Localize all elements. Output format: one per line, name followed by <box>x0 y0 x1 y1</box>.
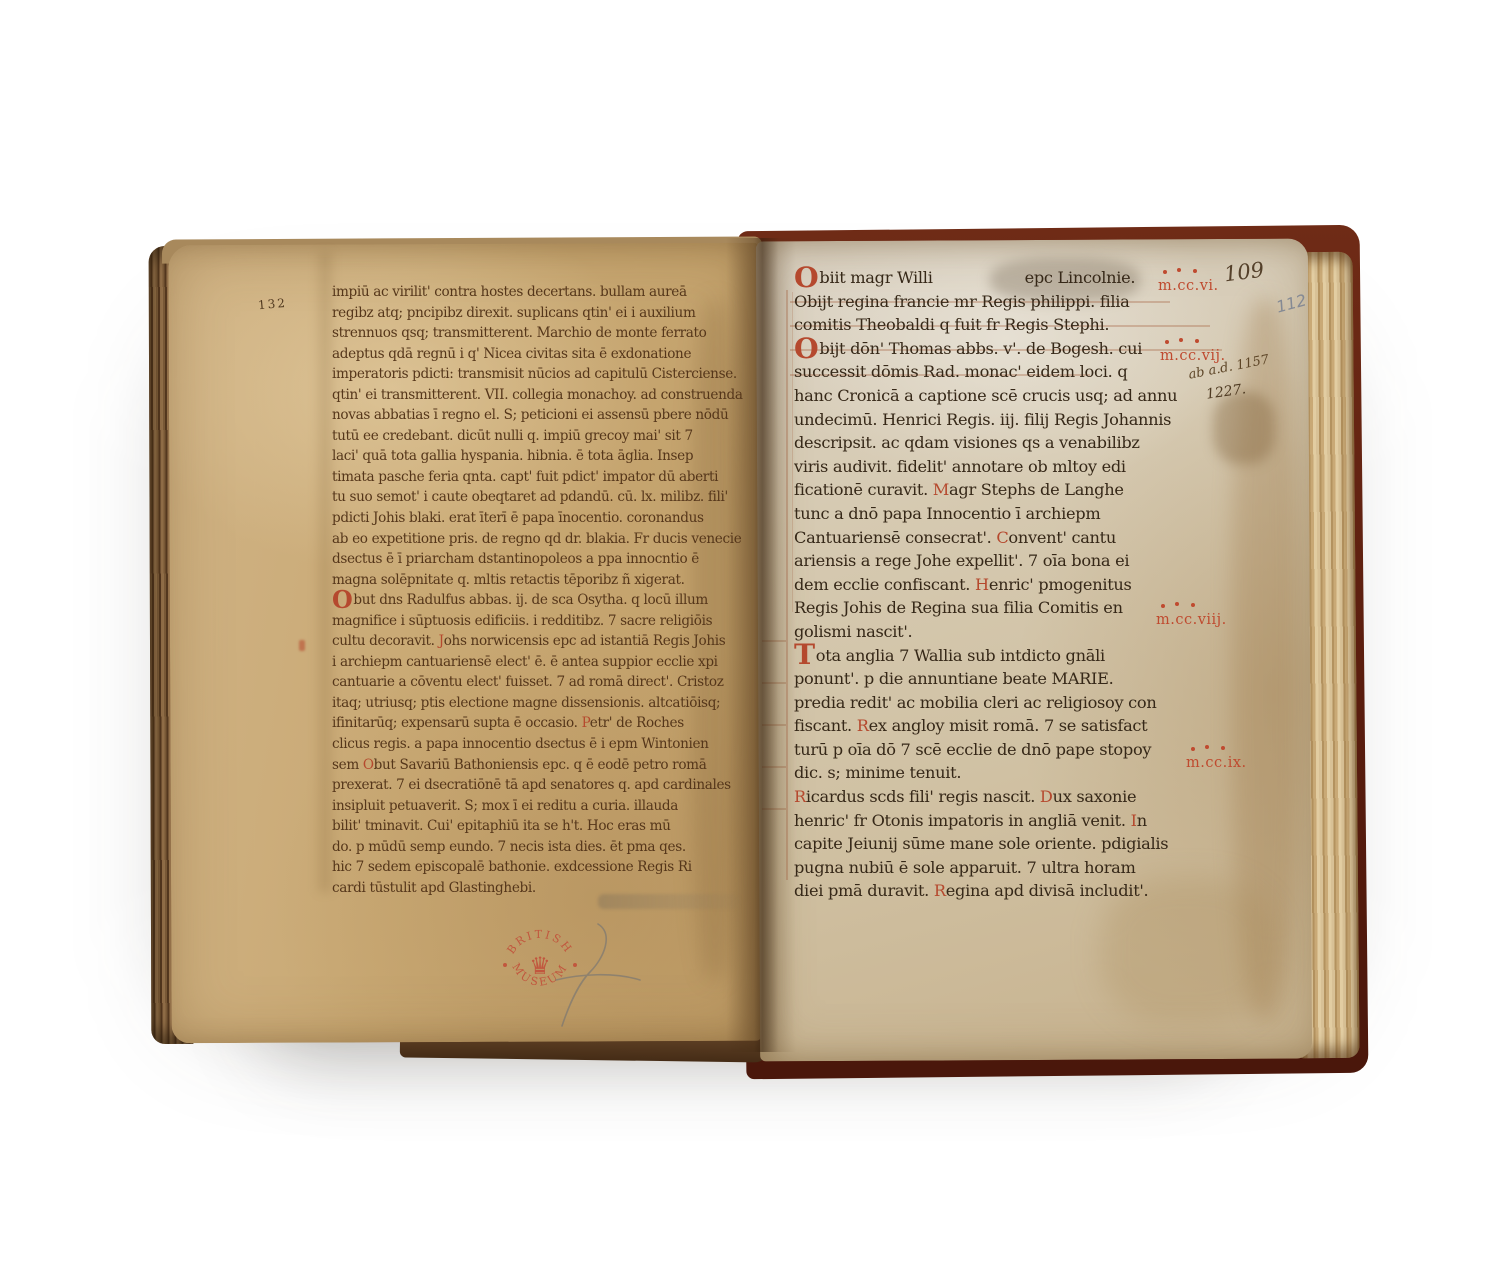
ink-text: ohs norwicensis epc ad istantiā Regis Jo… <box>444 633 726 649</box>
ink-text: egina apd divisā includit'. <box>946 881 1149 900</box>
ink-text: tunc a dnō papa Innocentio ī archiepm <box>794 504 1100 523</box>
ink-text: biit magr Willi <box>819 268 932 287</box>
ink-text: successit dōmis Rad. monac' eidem loci. … <box>794 362 1127 381</box>
ink-text: but Savariū Bathoniensis epc. q ē eodē p… <box>374 757 707 773</box>
manuscript-line: tu suo semot' i caute obeqtaret ad pdand… <box>332 487 768 508</box>
margin-date-text: m.cc.viij. <box>1156 612 1227 628</box>
erased-text-smudge <box>598 894 740 909</box>
ink-text: ota anglia 7 Wallia sub intdicto gnāli <box>816 646 1105 665</box>
rubric-text: C <box>996 528 1008 547</box>
manuscript-line: hic 7 sedem episcopalē bathonie. exdcess… <box>332 857 768 878</box>
ink-text: ficationē curavit. <box>794 480 933 499</box>
left-page-text-block: impiū ac virilit' contra hostes decertan… <box>332 282 768 898</box>
ink-text: but dns Radulfus abbas. ij. de sca Osyth… <box>353 592 708 608</box>
manuscript-line: ficationē curavit. Magr Stephs de Langhe <box>794 478 1272 502</box>
manuscript-line: dsectus ē ī priarcham dstantinopoleos a … <box>332 549 768 570</box>
margin-date-text: m.cc.vi. <box>1158 278 1219 294</box>
photo-of-open-manuscript: impiū ac virilit' contra hostes decertan… <box>0 0 1500 1276</box>
manuscript-line: qtin' ei transmitterent. VII. collegia m… <box>332 385 768 406</box>
manuscript-line: fiscant. Rex angloy misit romā. 7 se sat… <box>794 714 1272 738</box>
rubric-text: P <box>582 715 590 731</box>
rubric-text: H <box>975 575 989 594</box>
ink-text: pugna nubiū ē sole apparuit. 7 ultra hor… <box>794 858 1136 877</box>
ink-text: dic. s; minime tenuit. <box>794 763 961 782</box>
manuscript-line: sem Obut Savariū Bathoniensis epc. q ē e… <box>332 755 768 776</box>
rubric-ring-flourish <box>1191 747 1195 751</box>
manuscript-line: clicus regis. a papa innocentio dsectus … <box>332 734 768 755</box>
manuscript-line: prexerat. 7 ei dsecratiōnē tā apd senato… <box>332 775 768 796</box>
ink-text: insipluit petuaverit. S; mox ī ei reditu… <box>332 798 678 814</box>
ink-text: sem <box>332 757 363 773</box>
margin-date-mcc-ix: m.cc.ix. <box>1186 755 1247 771</box>
ink-text: tu suo semot' i caute obeqtaret ad pdand… <box>332 489 728 505</box>
manuscript-line: Ricardus scds fili' regis nascit. Dux sa… <box>794 785 1272 809</box>
manuscript-line: henric' fr Otonis impatoris in angliā ve… <box>794 809 1272 833</box>
ink-text: qtin' ei transmitterent. VII. collegia m… <box>332 387 743 403</box>
manuscript-line: insipluit petuaverit. S; mox ī ei reditu… <box>332 796 768 817</box>
manuscript-line: novas abbatias ī regno el. S; peticioni … <box>332 405 768 426</box>
ink-text: strennuos qsq; transmitterent. Marchio d… <box>332 325 706 341</box>
ink-text: ab eo expetitione pris. de regno qd dr. … <box>332 531 741 547</box>
manuscript-line: i archiepm cantuariensē elect' ē. ē ante… <box>332 652 768 673</box>
ink-text: bilit' tminavit. Cui' epitaphiū ita se h… <box>332 818 671 834</box>
manuscript-line: tutū ee credebant. dicūt nulli q. impiū … <box>332 426 768 447</box>
margin-date-mcc-viij: m.cc.viij. <box>1156 612 1227 628</box>
manuscript-line: Tota anglia 7 Wallia sub intdicto gnāli <box>794 644 1272 668</box>
ink-text: turū p oīa dō 7 scē ecclie de dnō pape s… <box>794 740 1151 759</box>
ink-text: diei pmā duravit. <box>794 881 934 900</box>
ink-text: capite Jeiunij sūme mane sole oriente. p… <box>794 834 1168 853</box>
ink-text: epc Lincolnie. <box>1025 268 1136 287</box>
ink-text: dem ecclie confiscant. <box>794 575 975 594</box>
ink-text: hic 7 sedem episcopalē bathonie. exdcess… <box>332 859 692 875</box>
ink-text: itaq; utriusq; ptis electione magne diss… <box>332 695 720 711</box>
rubric-text: R <box>794 787 806 806</box>
manuscript-line: diei pmā duravit. Regina apd divisā incl… <box>794 879 1272 903</box>
manuscript-line: do. p mūdū semp eundo. 7 necis ista dies… <box>332 837 768 858</box>
ink-text: cardi tūstulit apd Glastinghebi. <box>332 880 536 896</box>
ink-text: Regis Johis de Regina sua filia Comitis … <box>794 598 1123 617</box>
ink-text: ponunt'. p die annuntiane beate MARIE. <box>794 669 1113 688</box>
manuscript-line: cantuarie a cōventu elect' fuisset. 7 ad… <box>332 672 768 693</box>
ink-text: regibz atq; pncipibz direxit. suplicans … <box>332 305 695 321</box>
margin-date-mcc-vi: m.cc.vi. <box>1158 278 1219 294</box>
parchment-crease <box>318 252 332 892</box>
ink-text: henric' fr Otonis impatoris in angliā ve… <box>794 811 1131 830</box>
manuscript-line: imperatoris pdicti: transmisit nūcios ad… <box>332 364 768 385</box>
rubric-text: R <box>857 716 869 735</box>
manuscript-line: ponunt'. p die annuntiane beate MARIE. <box>794 667 1272 691</box>
manuscript-line: regibz atq; pncipibz direxit. suplicans … <box>332 303 768 324</box>
rubric-ring-flourish <box>1161 604 1165 608</box>
ink-text: clicus regis. a papa innocentio dsectus … <box>332 736 709 752</box>
ink-text: dsectus ē ī priarcham dstantinopoleos a … <box>332 551 699 567</box>
rubric-text: O <box>332 586 352 614</box>
ink-text: icardus scds fili' regis nascit. <box>806 787 1040 806</box>
manuscript-line: timata pasche feria qnta. capt' fuit pdi… <box>332 467 768 488</box>
ink-text: prexerat. 7 ei dsecratiōnē tā apd senato… <box>332 777 731 793</box>
ink-text: Cantuariensē consecrat'. <box>794 528 996 547</box>
manuscript-line: undecimū. Henrici Regis. iij. filij Regi… <box>794 408 1272 432</box>
manuscript-line: dem ecclie confiscant. Henric' pmogenitu… <box>794 573 1272 597</box>
manuscript-line: laci' quā tota gallia hyspania. hibnia. … <box>332 446 768 467</box>
ink-text: laci' quā tota gallia hyspania. hibnia. … <box>332 448 693 464</box>
ink-text: comitis Theobaldi q fuit fr Regis Stephi… <box>794 315 1109 334</box>
rubric-ring-flourish <box>1165 340 1169 344</box>
manuscript-line: itaq; utriusq; ptis electione magne diss… <box>332 693 768 714</box>
ink-text: cultu decoravit. <box>332 633 439 649</box>
ink-text: descripsit. ac qdam visiones qs a venabi… <box>794 433 1140 452</box>
right-folio-number-ink: 109 <box>1223 258 1266 287</box>
ink-text: onvent' cantu <box>1008 528 1116 547</box>
manuscript-line: adeptus qdā regnū i q' Nicea civitas sit… <box>332 344 768 365</box>
manuscript-line: strennuos qsq; transmitterent. Marchio d… <box>332 323 768 344</box>
manuscript-line: ariensis a rege Johe expellit'. 7 oīa bo… <box>794 549 1272 573</box>
ink-text: bijt dōn' Thomas abbs. v'. de Bogesh. cu… <box>819 339 1142 358</box>
pencil-flourish <box>540 918 650 1038</box>
ink-text: novas abbatias ī regno el. S; peticioni … <box>332 407 728 423</box>
manuscript-line: magnifice i sūptuosis edificiis. i reddi… <box>332 611 768 632</box>
ink-text: agr Stephs de Langhe <box>949 480 1124 499</box>
rubric-ring-flourish <box>1163 270 1167 274</box>
ink-text: ex angloy misit romā. 7 se satisfact <box>869 716 1148 735</box>
rubric-text: O <box>794 260 818 294</box>
manuscript-line: hanc Cronicā a captione scē crucis usq; … <box>794 384 1272 408</box>
ink-text: pdicti Johis blaki. erat īterī ē papa īn… <box>332 510 704 526</box>
stamp-dot <box>503 963 507 967</box>
ink-text: hanc Cronicā a captione scē crucis usq; … <box>794 386 1177 405</box>
manuscript-line: pugna nubiū ē sole apparuit. 7 ultra hor… <box>794 856 1272 880</box>
manuscript-line: bilit' tminavit. Cui' epitaphiū ita se h… <box>332 816 768 837</box>
manuscript-line: capite Jeiunij sūme mane sole oriente. p… <box>794 832 1272 856</box>
rubric-text: M <box>933 480 949 499</box>
manuscript-line: tunc a dnō papa Innocentio ī archiepm <box>794 502 1272 526</box>
ink-text: n <box>1137 811 1147 830</box>
left-folio-number: 132 <box>257 296 287 312</box>
manuscript-line: Obut dns Radulfus abbas. ij. de sca Osyt… <box>332 590 768 611</box>
rubric-text: O <box>363 757 374 773</box>
rubric-text: R <box>934 881 946 900</box>
ink-text: cantuarie a cōventu elect' fuisset. 7 ad… <box>332 674 724 690</box>
manuscript-line: predia redit' ac mobilia cleri ac religi… <box>794 691 1272 715</box>
margin-date-text: m.cc.ix. <box>1186 755 1247 771</box>
pencil-flourish-stroke <box>556 924 640 1026</box>
ink-text: predia redit' ac mobilia cleri ac religi… <box>794 693 1157 712</box>
manuscript-line: comitis Theobaldi q fuit fr Regis Stephi… <box>794 313 1272 337</box>
ink-text: ariensis a rege Johe expellit'. 7 oīa bo… <box>794 551 1129 570</box>
ink-text: fiscant. <box>794 716 857 735</box>
ink-text: etr' de Roches <box>590 715 684 731</box>
ink-text: undecimū. Henrici Regis. iij. filij Regi… <box>794 410 1171 429</box>
ink-text: imperatoris pdicti: transmisit nūcios ad… <box>332 366 737 382</box>
ink-text: ifinitarūq; expensarū supta ē occasio. <box>332 715 582 731</box>
manuscript-line: Cantuariensē consecrat'. Convent' cantu <box>794 526 1272 550</box>
manuscript-line: descripsit. ac qdam visiones qs a venabi… <box>794 431 1272 455</box>
ink-text: i archiepm cantuariensē elect' ē. ē ante… <box>332 654 718 670</box>
ink-text: adeptus qdā regnū i q' Nicea civitas sit… <box>332 346 691 362</box>
red-edge-mark <box>299 640 305 651</box>
manuscript-line: impiū ac virilit' contra hostes decertan… <box>332 282 768 303</box>
manuscript-line: pdicti Johis blaki. erat īterī ē papa īn… <box>332 508 768 529</box>
ink-text: do. p mūdū semp eundo. 7 necis ista dies… <box>332 839 686 855</box>
manuscript-line: ifinitarūq; expensarū supta ē occasio. P… <box>332 713 768 734</box>
ink-text: impiū ac virilit' contra hostes decertan… <box>332 284 687 300</box>
ink-text: magnifice i sūptuosis edificiis. i reddi… <box>332 613 712 629</box>
manuscript-line: cultu decoravit. Johs norwicensis epc ad… <box>332 631 768 652</box>
ink-text: ux saxonie <box>1053 787 1137 806</box>
ink-text: tutū ee credebant. dicūt nulli q. impiū … <box>332 428 693 444</box>
manuscript-line: magna solēpnitate q. mltis retactis tēpo… <box>332 570 768 591</box>
rubric-text: D <box>1040 787 1053 806</box>
ink-text: Obijt regina francie mr Regis philippi. … <box>794 292 1130 311</box>
ink-text: magna solēpnitate q. mltis retactis tēpo… <box>332 572 685 588</box>
ink-text: viris audivit. fidelit' annotare ob mlto… <box>794 457 1126 476</box>
manuscript-line: viris audivit. fidelit' annotare ob mlto… <box>794 455 1272 479</box>
ink-text: enric' pmogenitus <box>989 575 1132 594</box>
manuscript-line: ab eo expetitione pris. de regno qd dr. … <box>332 529 768 550</box>
ink-text: timata pasche feria qnta. capt' fuit pdi… <box>332 469 718 485</box>
